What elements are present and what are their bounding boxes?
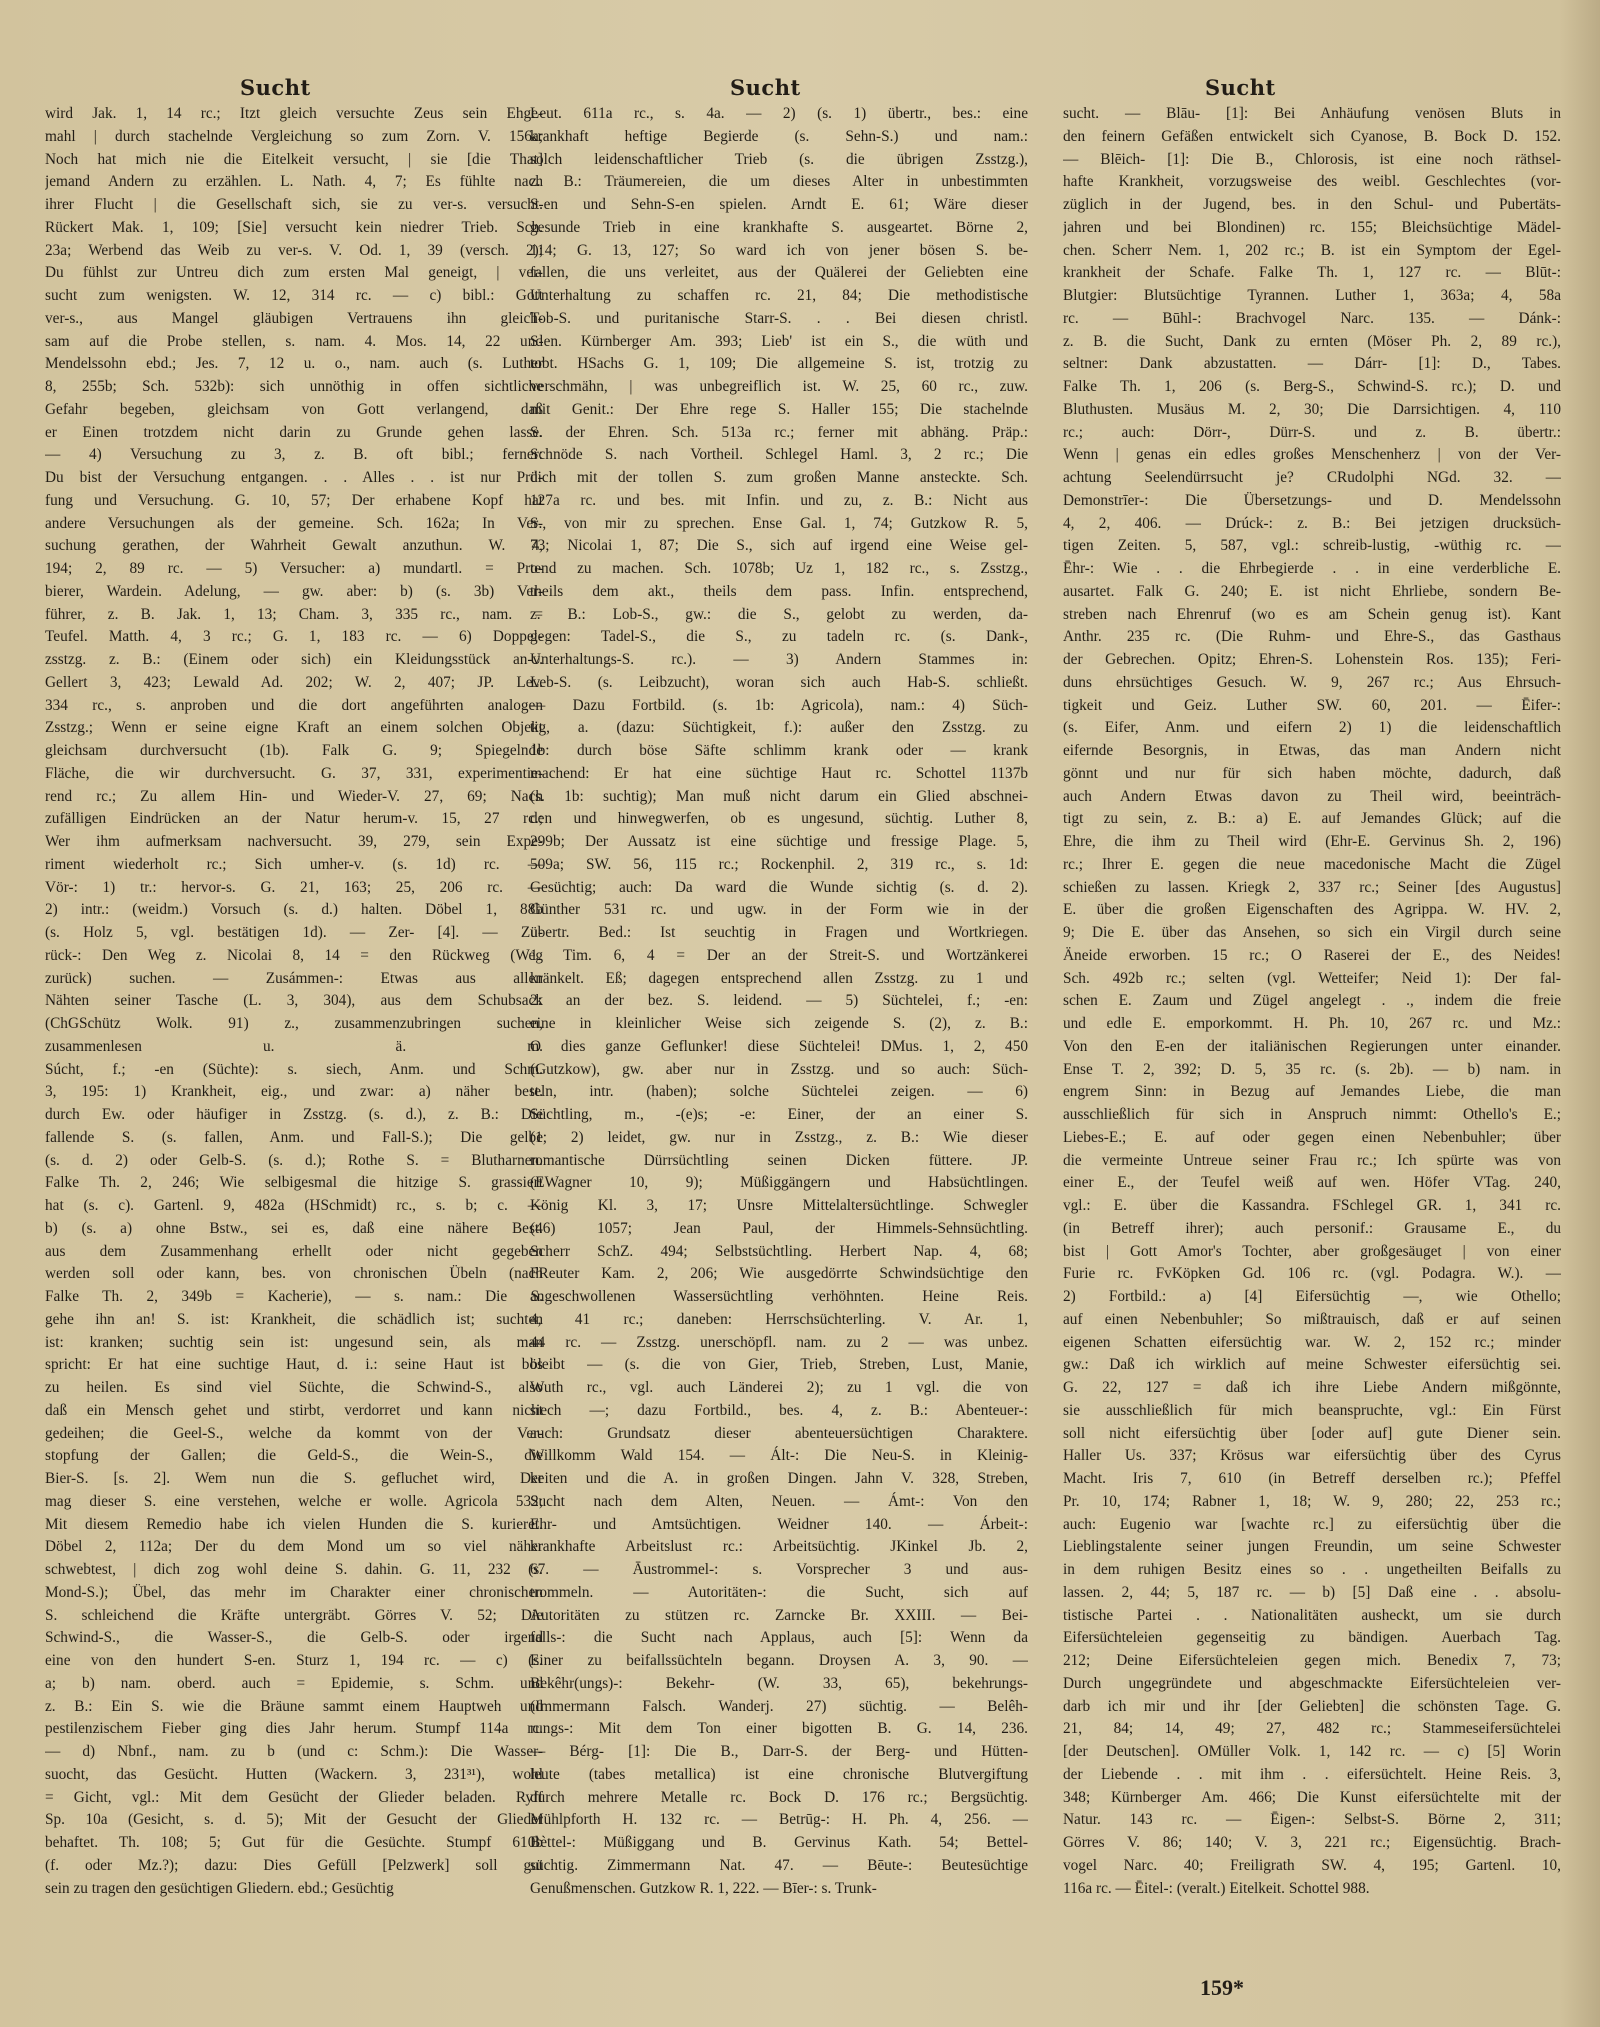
text-line: [der Deutschen]. OMüller Volk. 1, 142 rc… <box>1063 1741 1561 1764</box>
text-line: 2: an der bez. S. leidend. — 5) Süchtele… <box>530 990 1028 1013</box>
text-line: trommeln. — Autoritäten-: die Sucht, sic… <box>530 1582 1028 1605</box>
text-line: schen E. Zaum und Zügel angelegt . ., in… <box>1063 990 1561 1013</box>
text-line: stopfung der Gallen; die Geld-S., die We… <box>45 1445 543 1468</box>
text-line: tig, a. (dazu: Süchtigkeit, f.): außer d… <box>530 717 1028 740</box>
text-line: rungs-: Mit dem Ton einer bigotten B. G.… <box>530 1718 1028 1741</box>
text-line: rend rc.; Zu allem Hin- und Wieder-V. 27… <box>45 786 543 809</box>
text-line: Schnöde S. nach Vortheil. Schlegel Haml.… <box>530 444 1028 467</box>
text-line: chen. Scherr Nem. 1, 202 rc.; B. ist ein… <box>1063 240 1561 263</box>
text-line: Scherr SchZ. 494; Selbstsüchtling. Herbe… <box>530 1241 1028 1264</box>
text-line: eigenen Schatten eifersüchtig war. W. 2,… <box>1063 1332 1561 1355</box>
text-column-right: sucht. — Blāu- [1]: Bei Anhäufung venöse… <box>1063 103 1561 1900</box>
text-line: Leut. 611a rc., s. 4a. — 2) (s. 1) übert… <box>530 103 1028 126</box>
text-line: suchung gerathen, der Wahrheit Gewalt an… <box>45 535 543 558</box>
text-line: Gefahr begeben, gleichsam von Gott verla… <box>45 399 543 422</box>
text-line: 23a; Werbend das Weib zu ver-s. V. Od. 1… <box>45 240 543 263</box>
text-line: z. B.: Träumereien, die um dieses Alter … <box>530 171 1028 194</box>
text-line: Görres V. 86; 140; V. 3, 221 rc.; Eigens… <box>1063 1832 1561 1855</box>
text-line: ver-s., aus Mangel gläubigen Vertrauens … <box>45 308 543 331</box>
text-line: den feinern Gefäßen entwickelt sich Cyan… <box>1063 126 1561 149</box>
text-line: den und hinwegwerfen, ob es ungesund, sü… <box>530 808 1028 831</box>
text-line: Anthr. 235 rc. (Die Ruhm- und Ehre-S., d… <box>1063 626 1561 649</box>
text-line: rc.; auch: Dörr-, Dürr-S. und z. B. über… <box>1063 422 1561 445</box>
text-line: eine von den hundert S-en. Sturz 1, 194 … <box>45 1650 543 1673</box>
text-line: Sucht nach dem Alten, Neuen. — Ámt-: Von… <box>530 1491 1028 1514</box>
text-line: (Immermann Falsch. Wanderj. 27) süchtig.… <box>530 1696 1028 1719</box>
text-line: kränkelt. Eß; dagegen entsprechend allen… <box>530 968 1028 991</box>
text-line: gönnt und nur für sich haben möchte, dad… <box>1063 763 1561 786</box>
text-line: Furie rc. FvKöpken Gd. 106 rc. (vgl. Pod… <box>1063 1263 1561 1286</box>
text-line: Bluthusten. Musäus M. 2, 30; Die Darrsic… <box>1063 399 1561 422</box>
text-line: — d) Nbnf., nam. zu b (und c: Schm.): Di… <box>45 1741 543 1764</box>
text-line: ausartet. Falk G. 240; E. ist nicht Ehrl… <box>1063 581 1561 604</box>
text-line: duns ehrsüchtiges Gesuch. W. 9, 267 rc.;… <box>1063 672 1561 695</box>
text-line: theils dem akt., theils dem pass. Infin.… <box>530 581 1028 604</box>
text-line: krankheit der Schafe. Falke Th. 1, 127 r… <box>1063 262 1561 285</box>
text-line: b) (s. a) ohne Bstw., sei es, daß eine n… <box>45 1218 543 1241</box>
text-line: Blutgier: Blutsüchtige Tyrannen. Luther … <box>1063 285 1561 308</box>
text-line: wird Jak. 1, 14 rc.; Itzt gleich versuch… <box>45 103 543 126</box>
text-line: ihrer Flucht | die Gesellschaft sich, si… <box>45 194 543 217</box>
running-head-middle: Sucht <box>730 75 801 100</box>
text-line: Äneide erworben. 15 rc.; O Raserei der E… <box>1063 945 1561 968</box>
text-line: 4, 2, 406. — Drúck-: z. B.: Bei jetzigen… <box>1063 513 1561 536</box>
text-line: (s. d. 2) oder Gelb-S. (s. d.); Rothe S.… <box>45 1150 543 1173</box>
text-line: siech —; dazu Fortbild., bes. 4, z. B.: … <box>530 1400 1028 1423</box>
text-line: ist: kranken; suchtig sein ist: ungesund… <box>45 1332 543 1355</box>
text-line: 116a rc. — Ēitel-: (veralt.) Eitelkeit. … <box>1063 1878 1561 1901</box>
text-line: die vermeinte Untreue seiner Frau rc.; I… <box>1063 1150 1561 1173</box>
text-line: 8, 255b; Sch. 532b): sich unnöthig in of… <box>45 376 543 399</box>
text-line: (in Betreff ihrer); auch personif.: Grau… <box>1063 1218 1561 1241</box>
text-line: Von den E-en der italiänischen Regierung… <box>1063 1036 1561 1059</box>
text-line: Zsstzg.; Wenn er seine eigne Kraft an ei… <box>45 717 543 740</box>
page-edge-shadow <box>1560 0 1600 2027</box>
text-line: gedeihen; die Geel-S., welche da kommt v… <box>45 1423 543 1446</box>
text-line: a; b) nam. oberd. auch = Epidemie, s. Sc… <box>45 1673 543 1696</box>
text-column-middle: Leut. 611a rc., s. 4a. — 2) (s. 1) übert… <box>530 103 1028 1900</box>
text-line: Nähten seiner Tasche (L. 3, 304), aus de… <box>45 990 543 1013</box>
text-line: sein zu tragen den gesüchtigen Gliedern.… <box>45 1878 543 1901</box>
text-line: zu heilen. Es sind viel Süchte, die Schw… <box>45 1377 543 1400</box>
text-line: gw.: Daß ich wirklich auf meine Schweste… <box>1063 1354 1561 1377</box>
text-line: angeschwollenen Wassersüchtling verhöhnt… <box>530 1286 1028 1309</box>
text-line: gehe ihn an! S. ist: Krankheit, die schä… <box>45 1309 543 1332</box>
text-line: engrem Sinn: in Bezug auf Jemandes Liebe… <box>1063 1081 1561 1104</box>
text-line: keiten und die A. in großen Dingen. Jahn… <box>530 1468 1028 1491</box>
text-line: 299b; Der Aussatz ist eine süchtige und … <box>530 831 1028 854</box>
text-line: jahren und bei Blondinen) rc. 155; Bleic… <box>1063 217 1561 240</box>
text-line: S., von mir zu sprechen. Ense Gal. 1, 74… <box>530 513 1028 536</box>
text-line: Wer ihm aufmerksam nachversucht. 39, 279… <box>45 831 543 854</box>
text-line: Wuth rc., vgl. auch Länderei 2); zu 1 vg… <box>530 1377 1028 1400</box>
text-line: 1. Tim. 6, 4 = Der an der Streit-S. und … <box>530 945 1028 968</box>
text-line: 127a rc. und bes. mit Infin. und zu, z. … <box>530 490 1028 513</box>
running-head-right: Sucht <box>1205 75 1276 100</box>
text-line: dich mit der tollen S. zum großen Manne … <box>530 467 1028 490</box>
text-line: Unterhaltung zu schaffen rc. 21, 84; Die… <box>530 285 1028 308</box>
text-line: Liebes-E.; E. auf oder gegen einen Neben… <box>1063 1127 1561 1150</box>
text-line: in dem ruhigen Besitz eines so . . unget… <box>1063 1559 1561 1582</box>
text-line: durch Ew. oder häufiger in Zsstzg. (s. d… <box>45 1104 543 1127</box>
text-line: S-en. Kürnberger Am. 393; Lieb' ist ein … <box>530 331 1028 354</box>
text-line: hat (s. c). Gartenl. 9, 482a (HSchmidt) … <box>45 1195 543 1218</box>
text-line: FReuter Kam. 2, 206; Wie ausgedörrte Sch… <box>530 1263 1028 1286</box>
text-line: E. über die großen Eigenschaften des Agr… <box>1063 899 1561 922</box>
text-line: er Einen trotzdem nicht darin zu Grunde … <box>45 422 543 445</box>
text-line: Demonstrīer-: Die Übersetzungs- und D. M… <box>1063 490 1561 513</box>
text-line: (s. 1b: suchtig); Man muß nicht darum ei… <box>530 786 1028 809</box>
text-line: — 4) Versuchung zu 3, z. B. oft bibl.; f… <box>45 444 543 467</box>
text-line: Willkomm Wald 154. — Ált-: Die Neu-S. in… <box>530 1445 1028 1468</box>
text-line: romantische Dürrsüchtling seinen Dicken … <box>530 1150 1028 1173</box>
text-line: Mond-S.); Übel, das mehr im Charakter ei… <box>45 1582 543 1605</box>
text-line: krankhaft heftige Begierde (s. Sehn-S.) … <box>530 126 1028 149</box>
running-head-left: Sucht <box>240 75 311 100</box>
text-line: verschmähn, | was unbegreiflich ist. W. … <box>530 376 1028 399</box>
text-line: mit Genit.: Der Ehre rege S. Haller 155;… <box>530 399 1028 422</box>
signature-mark: 159* <box>1200 1975 1244 2001</box>
text-line: streben nach Ehrenruf (wo es am Schein g… <box>1063 604 1561 627</box>
text-line: durch mehrere Metalle rc. Bock D. 176 rc… <box>530 1787 1028 1810</box>
text-line: z. B. die Sucht, Dank zu ernten (Möser P… <box>1063 331 1561 354</box>
text-line: krankhafte Arbeitslust rc.: Arbeitsüchti… <box>530 1536 1028 1559</box>
text-line: eifernde Besorgnis, in Etwas, das man An… <box>1063 740 1561 763</box>
text-line: rc.; Ihrer E. gegen die neue macedonisch… <box>1063 854 1561 877</box>
text-line: tistische Partei . . Nationalitäten aush… <box>1063 1605 1561 1628</box>
text-line: auch: Eugenio war [wachte rc.] zu eifers… <box>1063 1514 1561 1537</box>
text-line: Einer zu beifallssüchteln begann. Droyse… <box>530 1650 1028 1673</box>
text-line: 67. — Āustrommel-: s. Vorsprecher 3 und … <box>530 1559 1028 1582</box>
text-line: Autoritäten zu stützen rc. Zarncke Br. X… <box>530 1605 1028 1628</box>
text-line: tigkeit und Geiz. Luther SW. 60, 201. — … <box>1063 695 1561 718</box>
text-line: 2) Fortbild.: a) [4] Eifersüchtig —, wie… <box>1063 1286 1561 1309</box>
text-line: Unterhaltungs-S. rc.). — 3) Andern Stamm… <box>530 649 1028 672</box>
text-line: G. 22, 127 = daß ich ihre Liebe Andern m… <box>1063 1377 1561 1400</box>
text-line: vogel Narc. 40; Freiligrath SW. 4, 195; … <box>1063 1855 1561 1878</box>
text-line: — Blēich- [1]: Die B., Chlorosis, ist ei… <box>1063 149 1561 172</box>
text-line: und edle E. emporkommt. H. Ph. 10, 267 r… <box>1063 1013 1561 1036</box>
text-line: Haller Us. 337; Krösus war eifersüchtig … <box>1063 1445 1561 1468</box>
text-line: eine in kleinlicher Weise sich zeigende … <box>530 1013 1028 1036</box>
text-line: (s. Holz 5, vgl. bestätigen 1d). — Zer- … <box>45 922 543 945</box>
text-line: rc. — Būhl-: Brachvogel Narc. 135. — Dán… <box>1063 308 1561 331</box>
text-line: auch Andern Etwas davon zu Theil wird, b… <box>1063 786 1561 809</box>
text-line: süchtig. Zimmermann Nat. 47. — Bēute-: B… <box>530 1855 1028 1878</box>
text-line: Eifersüchteleien gegenseitig zu bändigen… <box>1063 1627 1561 1650</box>
text-line: riment wiederholt rc.; Sich umher-v. (s.… <box>45 854 543 877</box>
text-line: mahl | durch stachelnde Vergleichung so … <box>45 126 543 149</box>
text-line: 3, 195: 1) Krankheit, eig., und zwar: a)… <box>45 1081 543 1104</box>
text-line: Schwind-S., die Wasser-S., die Gelb-S. o… <box>45 1627 543 1650</box>
text-line: der Liebende . . mit ihm . . eifersüchte… <box>1063 1764 1561 1787</box>
text-line: 9; Die E. über das Ansehen, so sich ein … <box>1063 922 1561 945</box>
text-line: 73; Nicolai 1, 87; Die S., sich auf irge… <box>530 535 1028 558</box>
text-line: Bèttel-: Müßiggang und B. Gervinus Kath.… <box>530 1832 1028 1855</box>
text-line: suocht, das Gesücht. Hutten (Wackern. 3,… <box>45 1764 543 1787</box>
text-line: Ense T. 2, 392; D. 5, 35 rc. (s. 2b). — … <box>1063 1059 1561 1082</box>
text-line: ausschließlich für sich in Anspruch nimm… <box>1063 1104 1561 1127</box>
text-line: fung und Versuchung. G. 10, 57; Der erha… <box>45 490 543 513</box>
text-line: Du bist der Versuchung entgangen. . . Al… <box>45 467 543 490</box>
text-line: S. der Ehren. Sch. 513a rc.; ferner mit … <box>530 422 1028 445</box>
text-line: Ehr- und Amtsüchtigen. Weidner 140. — Ár… <box>530 1514 1028 1537</box>
text-line: Fläche, die wir durchversucht. G. 37, 33… <box>45 763 543 786</box>
text-line: Noch hat mich nie die Eitelkeit versucht… <box>45 149 543 172</box>
text-line: soll nicht eifersüchtig über [oder auf] … <box>1063 1423 1561 1446</box>
text-line: Bekêhr(ungs)-: Bekehr- (W. 33, 65), beke… <box>530 1673 1028 1696</box>
text-line: teln, intr. (haben); solche Süchtelei ze… <box>530 1081 1028 1104</box>
text-line: 114; G. 13, 127; So ward ich von jener b… <box>530 240 1028 263</box>
text-line: 194; 2, 89 rc. — 5) Versucher: a) mundar… <box>45 558 543 581</box>
text-line: daß ein Mensch gehet und stirbt, verdorr… <box>45 1400 543 1423</box>
text-line: vgl.: E. über die Kassandra. FSchlegel G… <box>1063 1195 1561 1218</box>
text-line: gegen: Tadel-S., die S., zu tadeln rc. (… <box>530 626 1028 649</box>
text-line: Tob-S. und puritanische Starr-S. . . Bei… <box>530 308 1028 331</box>
text-line: falls-: die Sucht nach Applaus, auch [5]… <box>530 1627 1028 1650</box>
text-line: Macht. Iris 7, 610 (in Betreff derselben… <box>1063 1468 1561 1491</box>
text-line: (f. oder Mz.?); dazu: Dies Gefüll [Pelzw… <box>45 1855 543 1878</box>
text-line: Mendelssohn ebd.; Jes. 7, 12 u. o., nam.… <box>45 353 543 376</box>
text-line: sucht. — Blāu- [1]: Bei Anhäufung venöse… <box>1063 103 1561 126</box>
text-line: 44 rc. — Zsstzg. unerschöpfl. nam. zu 2 … <box>530 1332 1028 1355</box>
text-line: jemand Andern zu erzählen. L. Nath. 4, 7… <box>45 171 543 194</box>
text-line: Súcht, f.; -en (Süchte): s. siech, Anm. … <box>45 1059 543 1082</box>
text-line: rück-: Den Weg z. Nicolai 8, 14 = den Rü… <box>45 945 543 968</box>
text-line: (s. Eifer, Anm. und eifern 2) 1) die lei… <box>1063 717 1561 740</box>
text-line: auf einen Nebenbuhler; So mißtrauisch, d… <box>1063 1309 1561 1332</box>
text-line: tend zu machen. Sch. 1078b; Uz 1, 182 rc… <box>530 558 1028 581</box>
text-line: gleichsam durchversucht (1b). Falk G. 9;… <box>45 740 543 763</box>
text-line: (Gutzkow), gw. aber nur in Zsstzg. und s… <box>530 1059 1028 1082</box>
text-line: mag dieser S. eine verstehen, welche er … <box>45 1491 543 1514</box>
text-line: lassen. 2, 44; 5, 187 rc. — b) [5] Daß e… <box>1063 1582 1561 1605</box>
text-line: = Gicht, vgl.: Mit dem Gesücht der Glied… <box>45 1787 543 1810</box>
text-line: schießen zu lassen. Kriegk 2, 337 rc.; S… <box>1063 877 1561 900</box>
text-line: Ēhr-: Wie . . die Ehrbegierde . . in ein… <box>1063 558 1561 581</box>
text-line: — Dazu Fortbild. (s. 1b: Agricola), nam.… <box>530 695 1028 718</box>
text-column-left: wird Jak. 1, 14 rc.; Itzt gleich versuch… <box>45 103 543 1900</box>
text-line: z. B.: Ein S. wie die Bräune sammt einem… <box>45 1696 543 1719</box>
text-line: spricht: Er hat eine suchtige Haut, d. i… <box>45 1354 543 1377</box>
text-line: auch: Grundsatz dieser abenteuersüchtige… <box>530 1423 1028 1446</box>
text-line: S. schleichend die Kräfte untergräbt. Gö… <box>45 1605 543 1628</box>
text-line: pestilenzischem Fieber ging dies Jahr he… <box>45 1718 543 1741</box>
text-line: Gesüchtig; auch: Da ward die Wunde sicht… <box>530 877 1028 900</box>
text-line: leute (tabes metallica) ist eine chronis… <box>530 1764 1028 1787</box>
text-line: S-en und Sehn-S-en spielen. Arndt E. 61;… <box>530 194 1028 217</box>
text-line: (46) 1057; Jean Paul, der Himmels-Sehnsü… <box>530 1218 1028 1241</box>
text-line: Vör-: 1) tr.: hervor-s. G. 21, 163; 25, … <box>45 877 543 900</box>
text-line: andere Versuchungen als der gemeine. Sch… <box>45 513 543 536</box>
text-line: Lieblingstalente seiner jungen Freundin,… <box>1063 1536 1561 1559</box>
text-line: zurück) suchen. — Zusámmen-: Etwas aus a… <box>45 968 543 991</box>
text-line: O dies ganze Geflunker! diese Süchtelei!… <box>530 1036 1028 1059</box>
text-line: (ChGSchütz Wolk. 91) z., zusammenzubring… <box>45 1013 543 1036</box>
text-line: Bier-S. [s. 2]. Wem nun die S. gefluchet… <box>45 1468 543 1491</box>
text-line: Natur. 143 rc. — Ēigen-: Selbst-S. Börne… <box>1063 1809 1561 1832</box>
text-line: fallende S. (s. fallen, Anm. und Fall-S.… <box>45 1127 543 1150</box>
text-line: aus dem Zusammenhang erhellt oder nicht … <box>45 1241 543 1264</box>
text-line: Falke Th. 1, 206 (s. Berg-S., Schwind-S.… <box>1063 376 1561 399</box>
text-line: Leb-S. (s. Leibzucht), woran sich auch H… <box>530 672 1028 695</box>
text-line: darb ich mir und ihr [der Geliebten] die… <box>1063 1696 1561 1719</box>
text-line: fallen, die uns verleitet, aus der Quäle… <box>530 262 1028 285</box>
text-line: Durch ungegründete und abgeschmackte Eif… <box>1063 1673 1561 1696</box>
text-line: (1; 2) leidet, gw. nur in Zsstzg., z. B.… <box>530 1127 1028 1150</box>
text-line: z. B.: Lob-S., gw.: die S., gelobt zu we… <box>530 604 1028 627</box>
text-line: seltner: Dank abzustatten. — Dárr- [1]: … <box>1063 353 1561 376</box>
text-line: Du fühlst zur Untreu dich zum ersten Mal… <box>45 262 543 285</box>
text-line: bleibt — (s. die von Gier, Trieb, Strebe… <box>530 1354 1028 1377</box>
text-line: übertr. Bed.: Ist seuchtig in Fragen und… <box>530 922 1028 945</box>
text-line: Süchtling, m., -(e)s; -e: Einer, der an … <box>530 1104 1028 1127</box>
text-line: sucht zum wenigsten. W. 12, 314 rc. — c)… <box>45 285 543 308</box>
text-line: Genußmenschen. Gutzkow R. 1, 222. — Bīer… <box>530 1878 1028 1901</box>
text-line: gesunde Trieb in eine krankhafte S. ausg… <box>530 217 1028 240</box>
text-line: 21, 84; 14, 49; 27, 482 rc.; Stammeseife… <box>1063 1718 1561 1741</box>
text-line: Sp. 10a (Gesicht, s. d. 5); Mit der Gesu… <box>45 1809 543 1832</box>
text-line: werden soll oder kann, bes. von chronisc… <box>45 1263 543 1286</box>
text-line: Gellert 3, 423; Lewald Ad. 202; W. 2, 40… <box>45 672 543 695</box>
text-line: Günther 531 rc. und ugw. in der Form wie… <box>530 899 1028 922</box>
text-line: solch leidenschaftlicher Trieb (s. die ü… <box>530 149 1028 172</box>
text-line: zusammenlesen u. ä. m. <box>45 1036 543 1059</box>
text-line: 348; Kürnberger Am. 466; Die Kunst eifer… <box>1063 1787 1561 1810</box>
text-line: schwebtest, | dich zog wohl deine S. dah… <box>45 1559 543 1582</box>
text-line: Mit diesem Remedio habe ich vielen Hunde… <box>45 1514 543 1537</box>
text-line: 334 rc., s. anproben und die dort angefü… <box>45 695 543 718</box>
text-line: Döbel 2, 112a; Der du dem Mond um so vie… <box>45 1536 543 1559</box>
text-line: König Kl. 3, 17; Unsre Mittelaltersüchtl… <box>530 1195 1028 1218</box>
text-line: Wenn | genas ein edles großes Menschenhe… <box>1063 444 1561 467</box>
text-line: achtung Seelendürrsucht je? CRudolphi NG… <box>1063 467 1561 490</box>
text-line: behaftet. Th. 108; 5; Gut für die Gesüch… <box>45 1832 543 1855</box>
text-line: bist | Gott Amor's Tochter, aber großges… <box>1063 1241 1561 1264</box>
text-line: Falke Th. 2, 246; Wie selbigesmal die hi… <box>45 1172 543 1195</box>
text-line: tigt zu sein, z. B.: a) E. auf Jemandes … <box>1063 808 1561 831</box>
text-line: Ehre, die ihm zu Theil wird (Ehr-E. Gerv… <box>1063 831 1561 854</box>
text-line: 509a; SW. 56, 115 rc.; Rockenphil. 2, 31… <box>530 854 1028 877</box>
text-line: Falke Th. 2, 349b = Kacherie), — s. nam.… <box>45 1286 543 1309</box>
text-line: der Gebrechen. Opitz; Ehren-S. Lohenstei… <box>1063 649 1561 672</box>
text-line: führer, z. B. Jak. 1, 13; Cham. 3, 335 r… <box>45 604 543 627</box>
text-line: — Bérg- [1]: Die B., Darr-S. der Berg- u… <box>530 1741 1028 1764</box>
text-line: züglich in der Jugend, bes. in den Schul… <box>1063 194 1561 217</box>
text-line: Sch. 492b rc.; selten (vgl. Wetteifer; N… <box>1063 968 1561 991</box>
text-line: tigen Zeiten. 5, 587, vgl.: schreib-lust… <box>1063 535 1561 558</box>
text-line: bierer, Wardein. Adelung, — gw. aber: b)… <box>45 581 543 604</box>
text-line: Rückert Mak. 1, 109; [Sie] versucht kein… <box>45 217 543 240</box>
text-line: sam auf die Probe stellen, s. nam. 4. Mo… <box>45 331 543 354</box>
text-line: 4, 41 rc.; daneben: Herrschsüchterling. … <box>530 1309 1028 1332</box>
text-line: sie ausschließlich für mich beanspruchte… <box>1063 1400 1561 1423</box>
text-line: Pr. 10, 174; Rabner 1, 18; W. 9, 280; 22… <box>1063 1491 1561 1514</box>
text-line: Teufel. Matth. 4, 3 rc.; G. 1, 183 rc. —… <box>45 626 543 649</box>
text-line: einer E., der Teufel weiß auf wen. Höfer… <box>1063 1172 1561 1195</box>
text-line: 1b: durch böse Säfte schlimm krank oder … <box>530 740 1028 763</box>
text-line: tobt. HSachs G. 1, 109; Die allgemeine S… <box>530 353 1028 376</box>
text-line: zsstzg. z. B.: (Einem oder sich) ein Kle… <box>45 649 543 672</box>
text-line: Mühlpforth H. 132 rc. — Betrūg-: H. Ph. … <box>530 1809 1028 1832</box>
text-line: 212; Deine Eifersüchteleien gegen mich. … <box>1063 1650 1561 1673</box>
text-line: machend: Er hat eine süchtige Haut rc. S… <box>530 763 1028 786</box>
text-line: 2) intr.: (weidm.) Vorsuch (s. d.) halte… <box>45 899 543 922</box>
text-line: (EWagner 10, 9); Müßiggängern und Habsüc… <box>530 1172 1028 1195</box>
text-line: zufälligen Eindrücken an der Natur herum… <box>45 808 543 831</box>
text-line: hafte Krankheit, vorzugsweise des weibl.… <box>1063 171 1561 194</box>
